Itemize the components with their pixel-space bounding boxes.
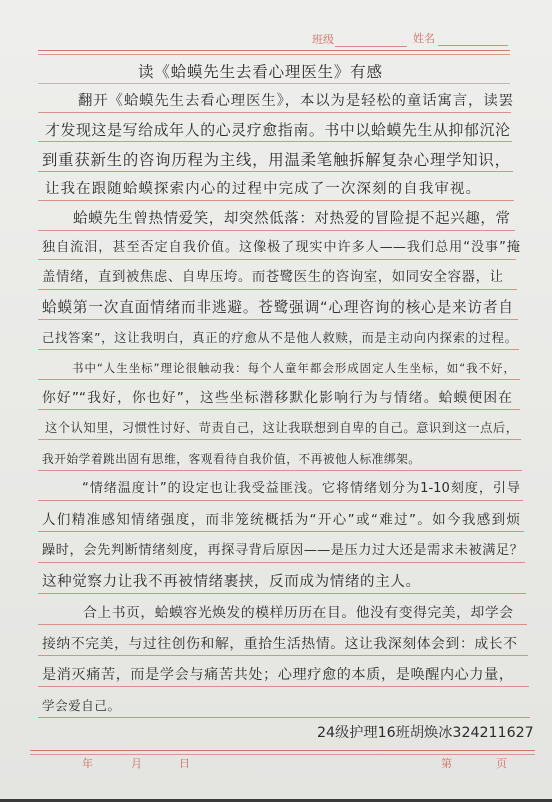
month-label: 月 (131, 757, 142, 771)
year-label: 年 (82, 757, 93, 771)
ruled-line (38, 379, 520, 380)
essay-line: 你好”“我好，你也好”，这些坐标潜移默化影响行为与情绪。蛤蟆便困在 (42, 387, 512, 409)
class-label: 班级 (312, 33, 334, 47)
ruled-line (38, 500, 523, 501)
ruled-line (38, 531, 524, 532)
footer-double-rule-bottom (30, 754, 535, 755)
ruled-line (38, 439, 521, 440)
essay-line: 蛤蟆第一次直面情绪而非逃避。苍鹭强调“心理咨询的核心是来访者自 (42, 297, 513, 319)
ruled-line (38, 259, 516, 260)
essay-line: 书中“人生坐标”理论很触动我：每个人童年都会形成固定人生坐标，如“我不好， (72, 357, 515, 379)
essay-line: 到重获新生的咨询历程为主线，用温柔笔触拆解复杂心理学知识， (42, 149, 510, 171)
ruled-line (38, 171, 513, 172)
ruled-line (38, 624, 527, 625)
name-field-underline (438, 45, 508, 46)
essay-line: 合上书页，蛤蟆容光焕发的模样历历在目。他没有变得完美，却学会 (83, 602, 513, 624)
ruled-line (38, 717, 530, 718)
essay-line: 己找答案”，这让我明白，真正的疗愈从不是他人救赎，而是主动向内探索的过程。 (42, 327, 517, 349)
ruled-line (38, 319, 518, 320)
footer-double-rule-top (30, 750, 535, 751)
ruled-line (38, 686, 529, 687)
ruled-line (38, 470, 522, 471)
essay-line: 躁时，会先判断情绪刻度，再探寻背后原因——是压力过大还是需求未被满足？ (42, 540, 523, 562)
essay-line: 是消灭痛苦，而是学会与痛苦共处；心理疗愈的本质，是唤醒内心力量， (42, 664, 513, 686)
ruled-line (38, 200, 514, 201)
ruled-line (38, 230, 515, 231)
class-field-underline (335, 46, 407, 47)
essay-line: 学会爱自己。 (42, 695, 120, 717)
page-prefix-label: 第 (441, 757, 452, 771)
essay-line: 才发现这是写给成年人的心灵疗愈指南。书中以蛤蟆先生从抑郁沉沦 (45, 119, 510, 141)
ruled-line (38, 409, 520, 410)
author-signature: 24级护理16班胡焕冰324211627 (317, 722, 533, 744)
name-label: 姓名 (413, 32, 435, 46)
essay-line: “情绪温度计”的设定也让我受益匪浅。它将情绪划分为1-10刻度，引导 (82, 478, 520, 500)
day-label: 日 (179, 757, 190, 771)
essay-line: 盖情绪，直到被焦虑、自卑压垮。而苍鹭医生的咨询室，如同安全容器，让 (42, 267, 503, 289)
ruled-line (38, 112, 511, 113)
ruled-line (38, 593, 526, 594)
essay-line: 我开始学着跳出固有思维，客观看待自我价值，不再被他人标准绑架。 (42, 448, 420, 470)
page-suffix-label: 页 (496, 757, 507, 771)
header-double-rule-top (38, 50, 510, 51)
essay-title: 读《蛤蟆先生去看心理医生》有感 (138, 61, 382, 83)
essay-line: 接纳不完美，与过往创伤和解，重拾生活热情。这让我深刻体会到：成长不 (42, 633, 517, 655)
ruled-line (38, 349, 519, 350)
ruled-line (38, 141, 512, 142)
ruled-line (38, 655, 528, 656)
essay-line: 翻开《蛤蟆先生去看心理医生》，本以为是轻松的童话寓言，读罢 (78, 90, 513, 112)
essay-line: 蛤蟆先生曾热情爱笑，却突然低落：对热爱的冒险提不起兴趣，常 (73, 208, 510, 230)
essay-line: 这个认知里，习惯性讨好、苛责自己，这让我联想到自卑的自己。意识到这一点后， (45, 417, 518, 439)
ruled-line (38, 83, 510, 84)
essay-line: 人们精准感知情绪强度，而非笼统概括为“开心”或“难过”。如今我感到烦 (42, 509, 520, 531)
essay-line: 独自流泪，甚至否定自我价值。这像极了现实中许多人——我们总用“没事”掩 (42, 237, 520, 259)
essay-line: 让我在跟随蛤蟆探索内心的过程中完成了一次深刻的自我审视。 (45, 178, 480, 200)
essay-sheet: 班级 姓名 读《蛤蟆先生去看心理医生》有感 翻开《蛤蟆先生去看心理医生》，本以为… (0, 0, 552, 802)
header-double-rule-bottom (38, 54, 510, 55)
ruled-line (38, 289, 517, 290)
essay-line: 这种觉察力让我不再被情绪裹挟，反而成为情绪的主人。 (42, 571, 420, 593)
ruled-line (38, 562, 525, 563)
